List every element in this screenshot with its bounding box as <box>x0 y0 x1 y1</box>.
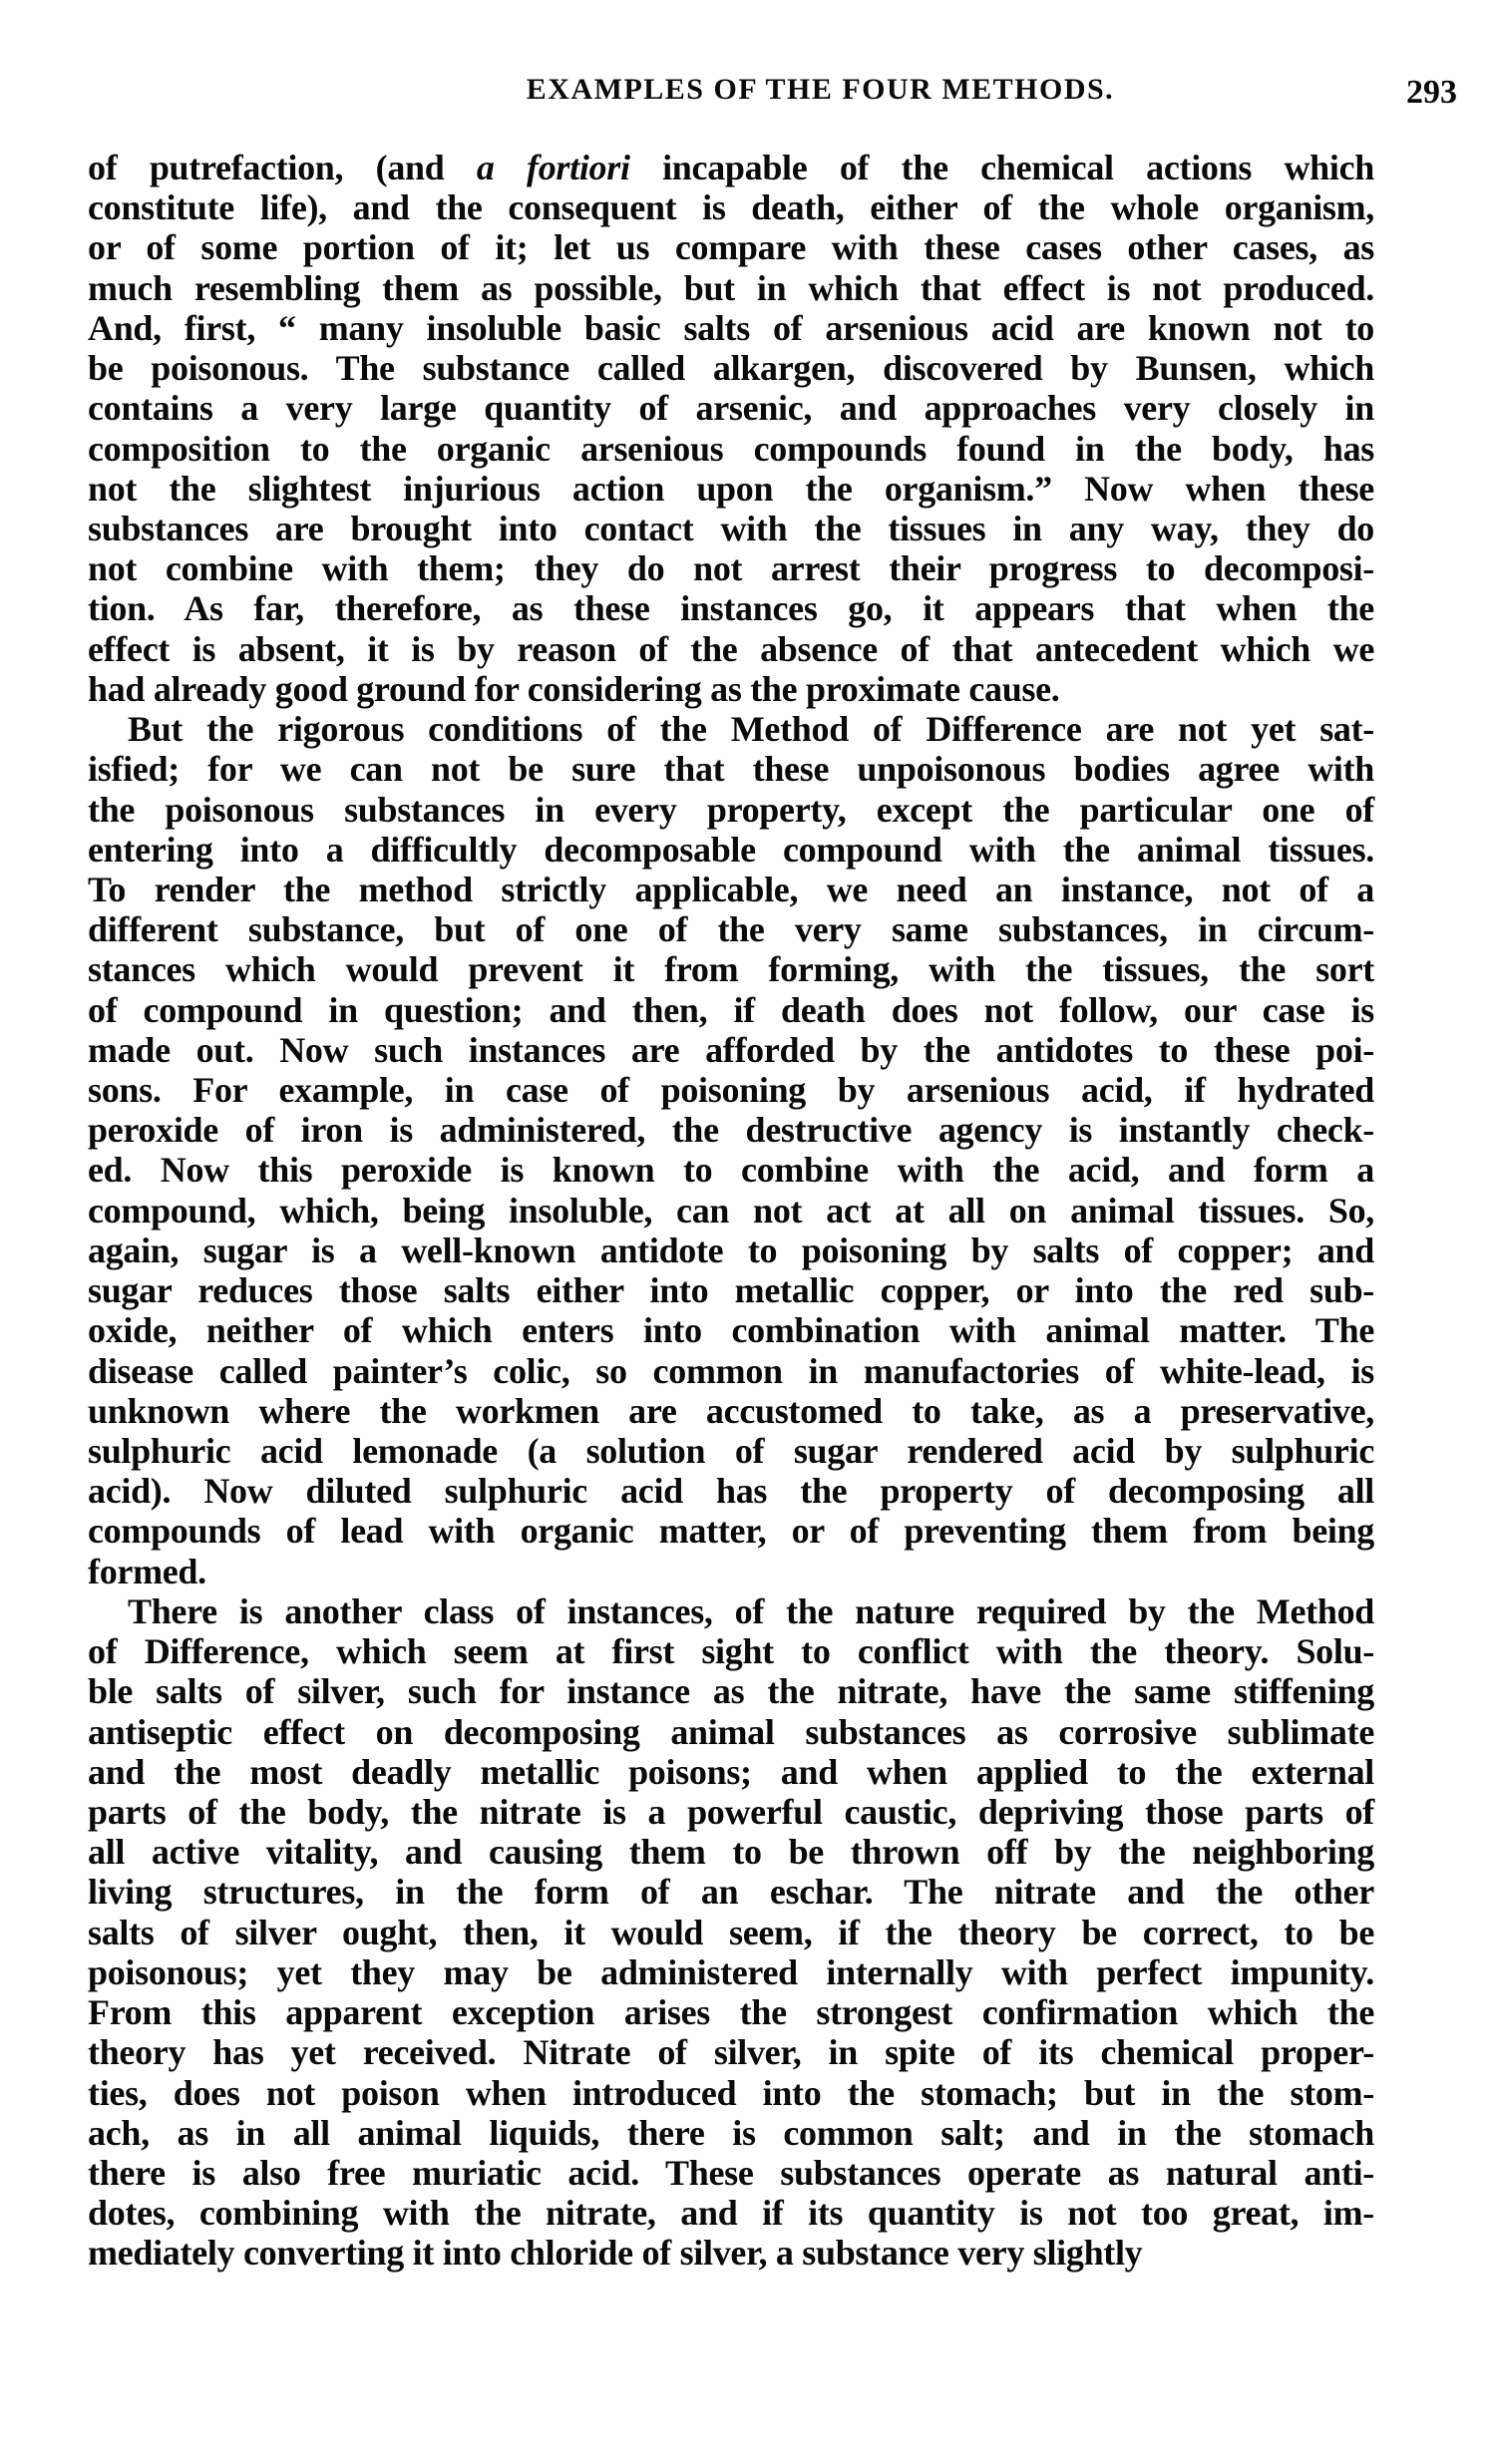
text-line: all active vitality, and causing them to… <box>88 1832 1374 1872</box>
text-line: not combine with them; they do not arres… <box>88 548 1374 588</box>
text-line-content: ble salts of silver, such for instance a… <box>88 1671 1374 1711</box>
text-line-content: poisonous; yet they may be administered … <box>88 1952 1374 1992</box>
text-line-content: contains a very large quantity of arseni… <box>88 388 1374 428</box>
text-line-content: sulphuric acid lemonade (a solution of s… <box>88 1431 1374 1471</box>
text-line: ties, does not poison when introduced in… <box>88 2073 1374 2113</box>
text-line-content: entering into a difficultly decomposable… <box>88 830 1374 870</box>
text-line: of putrefaction, (and a fortiori incapab… <box>88 148 1374 187</box>
page-number: 293 <box>1406 76 1457 110</box>
text-line: ed. Now this peroxide is known to combin… <box>88 1150 1374 1190</box>
text-line-content: isfied; for we can not be sure that thes… <box>88 749 1374 789</box>
text-line-content: sons. For example, in case of poisoning … <box>88 1070 1374 1110</box>
text-line: of Difference, which seem at first sight… <box>88 1631 1374 1671</box>
text-line: isfied; for we can not be sure that thes… <box>88 749 1374 789</box>
text-line: effect is absent, it is by reason of the… <box>88 629 1374 669</box>
text-line-content: From this apparent exception arises the … <box>88 1992 1374 2032</box>
text-line-content: or of some portion of it; let us compare… <box>88 227 1374 267</box>
text-line: different substance, but of one of the v… <box>88 909 1374 949</box>
text-line-content: not combine with them; they do not arres… <box>88 548 1374 588</box>
text-line-content: sugar reduces those salts either into me… <box>88 1270 1374 1310</box>
text-line-content: again, sugar is a well-known antidote to… <box>88 1231 1374 1270</box>
text-line-content: the poisonous substances in every proper… <box>88 790 1374 830</box>
text-line-content: of compound in question; and then, if de… <box>88 990 1374 1030</box>
text-line: and the most deadly metallic poisons; an… <box>88 1752 1374 1792</box>
text-line-content: of Difference, which seem at first sight… <box>88 1631 1374 1671</box>
text-line-content: tion. As far, therefore, as these instan… <box>88 588 1374 628</box>
running-title: EXAMPLES OF THE FOUR METHODS. <box>494 74 1147 106</box>
text-line: antiseptic effect on decomposing animal … <box>88 1712 1374 1752</box>
text-line: again, sugar is a well-known antidote to… <box>88 1231 1374 1270</box>
text-line-content: much resembling them as possible, but in… <box>88 268 1374 308</box>
text-line-content: mediately converting it into chloride of… <box>88 2233 1374 2273</box>
text-line-content: acid). Now diluted sulphuric acid has th… <box>88 1471 1374 1511</box>
text-line-content: not the slightest injurious action upon … <box>88 469 1374 509</box>
text-line: substances are brought into contact with… <box>88 509 1374 548</box>
text-line-content: made out. Now such instances are afforde… <box>88 1030 1374 1070</box>
text-line-content: theory has yet received. Nitrate of silv… <box>88 2032 1374 2072</box>
text-line: And, first, “ many insoluble basic salts… <box>88 308 1374 348</box>
text-line-content: unknown where the workmen are accustomed… <box>88 1391 1374 1431</box>
text-line: There is another class of instances, of … <box>88 1591 1374 1631</box>
text-line-content: effect is absent, it is by reason of the… <box>88 629 1374 669</box>
text-line-content: To render the method strictly applicable… <box>88 870 1374 909</box>
text-line-content: ach, as in all animal liquids, there is … <box>88 2113 1374 2153</box>
text-line-content: ed. Now this peroxide is known to combin… <box>88 1150 1374 1190</box>
text-line: made out. Now such instances are afforde… <box>88 1030 1374 1070</box>
text-line-content: There is another class of instances, of … <box>128 1591 1374 1631</box>
text-line: compound, which, being insoluble, can no… <box>88 1191 1374 1231</box>
text-line: formed. <box>88 1552 1374 1591</box>
text-line: compounds of lead with organic matter, o… <box>88 1511 1374 1551</box>
body-text: of putrefaction, (and a fortiori incapab… <box>88 148 1374 2274</box>
text-line: From this apparent exception arises the … <box>88 1992 1374 2032</box>
text-line-content: and the most deadly metallic poisons; an… <box>88 1752 1374 1792</box>
text-line: dotes, combining with the nitrate, and i… <box>88 2193 1374 2233</box>
text-line: ble salts of silver, such for instance a… <box>88 1671 1374 1711</box>
text-line-content: be poisonous. The substance called alkar… <box>88 348 1374 388</box>
text-line: sulphuric acid lemonade (a solution of s… <box>88 1431 1374 1471</box>
text-line: peroxide of iron is administered, the de… <box>88 1110 1374 1150</box>
running-head: EXAMPLES OF THE FOUR METHODS. 293 <box>88 70 1374 110</box>
text-line: much resembling them as possible, but in… <box>88 268 1374 308</box>
text-line-content: peroxide of iron is administered, the de… <box>88 1110 1374 1150</box>
text-line-content: But the rigorous conditions of the Metho… <box>128 709 1374 749</box>
text-line-content: had already good ground for considering … <box>88 669 1374 709</box>
text-line: ach, as in all animal liquids, there is … <box>88 2113 1374 2153</box>
text-line: entering into a difficultly decomposable… <box>88 830 1374 870</box>
text-line-content: salts of silver ought, then, it would se… <box>88 1913 1374 1952</box>
text-line: stances which would prevent it from form… <box>88 949 1374 989</box>
text-line-content: compounds of lead with organic matter, o… <box>88 1511 1374 1551</box>
text-line-content: there is also free muriatic acid. These … <box>88 2153 1374 2193</box>
text-line-content: disease called painter’s colic, so commo… <box>88 1351 1374 1391</box>
text-line: parts of the body, the nitrate is a powe… <box>88 1792 1374 1832</box>
text-line: living structures, in the form of an esc… <box>88 1872 1374 1912</box>
italic-phrase: a fortiori <box>477 148 630 187</box>
text-line-content: stances which would prevent it from form… <box>88 949 1374 989</box>
text-line: contains a very large quantity of arseni… <box>88 388 1374 428</box>
text-line-content: different substance, but of one of the v… <box>88 909 1374 949</box>
text-line-content: parts of the body, the nitrate is a powe… <box>88 1792 1374 1832</box>
text-line-content: compound, which, being insoluble, can no… <box>88 1191 1374 1231</box>
text-line: mediately converting it into chloride of… <box>88 2233 1374 2273</box>
text-line: To render the method strictly applicable… <box>88 870 1374 909</box>
text-line-content: And, first, “ many insoluble basic salts… <box>88 308 1374 348</box>
text-line: tion. As far, therefore, as these instan… <box>88 588 1374 628</box>
text-line-content: constitute life), and the consequent is … <box>88 187 1374 227</box>
text-line: constitute life), and the consequent is … <box>88 187 1374 227</box>
text-line: be poisonous. The substance called alkar… <box>88 348 1374 388</box>
text-line: oxide, neither of which enters into comb… <box>88 1310 1374 1350</box>
text-line-content: oxide, neither of which enters into comb… <box>88 1310 1374 1350</box>
text-line-content: substances are brought into contact with… <box>88 509 1374 548</box>
text-line: unknown where the workmen are accustomed… <box>88 1391 1374 1431</box>
text-line: there is also free muriatic acid. These … <box>88 2153 1374 2193</box>
text-line-content: antiseptic effect on decomposing animal … <box>88 1712 1374 1752</box>
text-line: sons. For example, in case of poisoning … <box>88 1070 1374 1110</box>
text-line: of compound in question; and then, if de… <box>88 990 1374 1030</box>
paragraph: There is another class of instances, of … <box>88 1591 1374 2274</box>
text-line-content: dotes, combining with the nitrate, and i… <box>88 2193 1374 2233</box>
text-line-content: all active vitality, and causing them to… <box>88 1832 1374 1872</box>
text-line-content: of putrefaction, (and a fortiori incapab… <box>88 148 1374 187</box>
book-page: EXAMPLES OF THE FOUR METHODS. 293 of put… <box>0 0 1490 2464</box>
text-line: salts of silver ought, then, it would se… <box>88 1913 1374 1952</box>
paragraph: of putrefaction, (and a fortiori incapab… <box>88 148 1374 709</box>
text-line: not the slightest injurious action upon … <box>88 469 1374 509</box>
text-line: poisonous; yet they may be administered … <box>88 1952 1374 1992</box>
text-line-content: composition to the organic arsenious com… <box>88 429 1374 469</box>
text-line-content: living structures, in the form of an esc… <box>88 1872 1374 1912</box>
text-line: acid). Now diluted sulphuric acid has th… <box>88 1471 1374 1511</box>
text-line-content: ties, does not poison when introduced in… <box>88 2073 1374 2113</box>
text-line: But the rigorous conditions of the Metho… <box>88 709 1374 749</box>
text-line-content: formed. <box>88 1552 1374 1591</box>
text-line: or of some portion of it; let us compare… <box>88 227 1374 267</box>
text-line: composition to the organic arsenious com… <box>88 429 1374 469</box>
text-line: the poisonous substances in every proper… <box>88 790 1374 830</box>
text-line: theory has yet received. Nitrate of silv… <box>88 2032 1374 2072</box>
text-line: sugar reduces those salts either into me… <box>88 1270 1374 1310</box>
text-line: had already good ground for considering … <box>88 669 1374 709</box>
paragraph: But the rigorous conditions of the Metho… <box>88 709 1374 1591</box>
text-line: disease called painter’s colic, so commo… <box>88 1351 1374 1391</box>
